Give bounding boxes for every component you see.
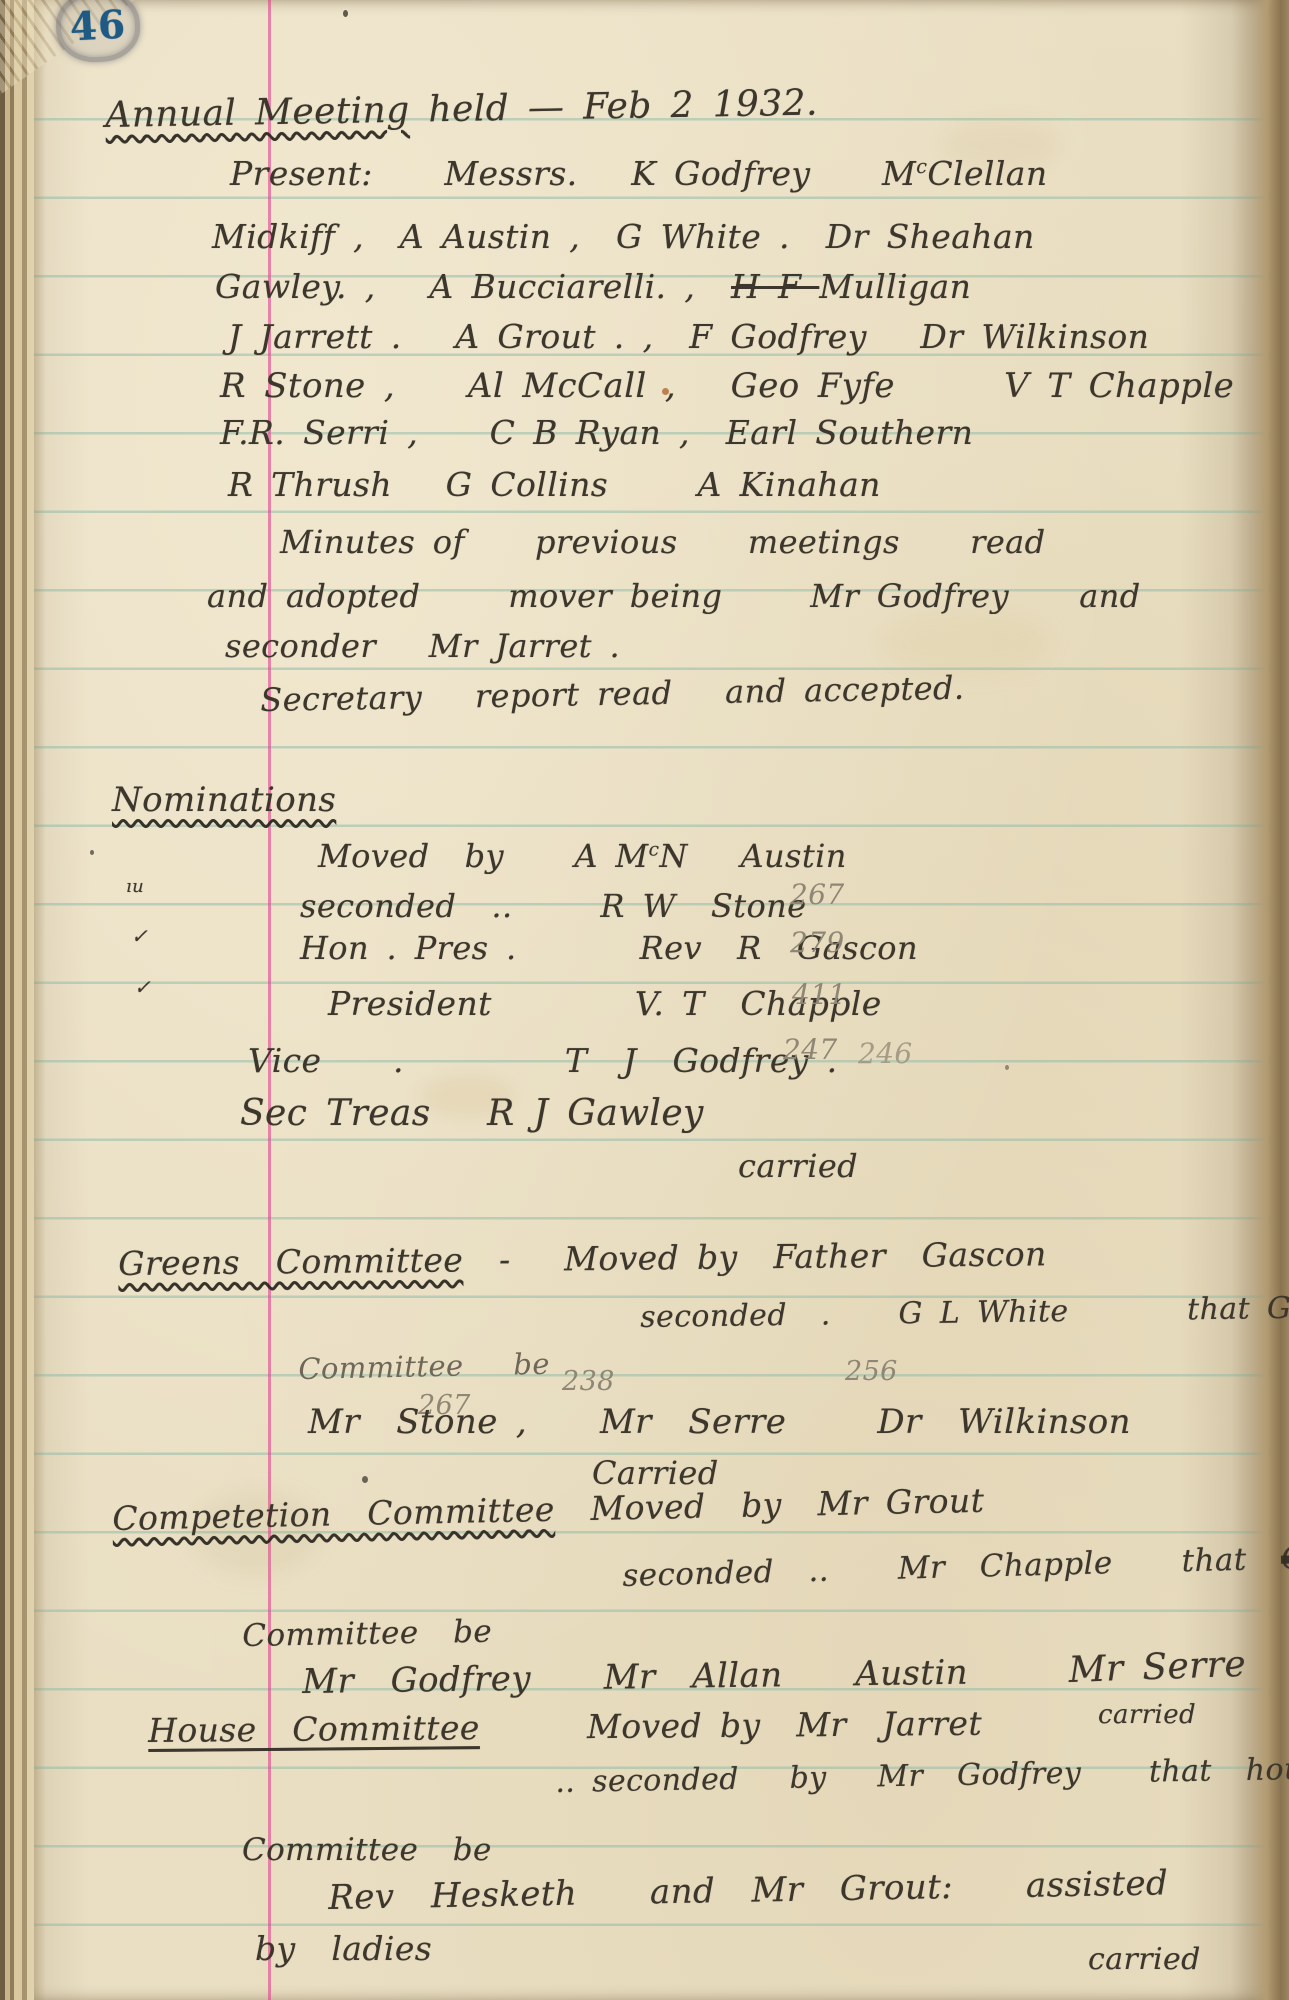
handwriting-line: Vice . T J Godfrey . bbox=[248, 1042, 838, 1081]
handwriting-line: 246 bbox=[858, 1037, 913, 1070]
handwriting-segment: carried bbox=[1098, 1700, 1196, 1730]
handwriting-segment: J Jarrett . A Grout . , F Godfrey Dr Wil… bbox=[228, 317, 1149, 356]
handwriting-segment: Mr Serre bbox=[1068, 1644, 1247, 1691]
handwriting-segment: ✓ bbox=[131, 924, 148, 948]
stain bbox=[362, 1476, 368, 1483]
handwriting-line: Midkiff , A Austin , G White . Dr Sheaha… bbox=[212, 218, 1035, 257]
stain bbox=[880, 610, 1050, 675]
handwriting-segment: Minutes of previous meetings read bbox=[280, 523, 1046, 561]
handwriting-segment: Gawley. , A Bucciarelli. , bbox=[215, 267, 731, 306]
handwriting-segment: Annual Meeting bbox=[105, 90, 410, 136]
handwriting-segment: carried bbox=[1088, 1942, 1201, 1977]
handwriting-line: 411 bbox=[792, 978, 847, 1011]
handwriting-segment: R Stone , Al McCall , Geo Fyfe V T Chapp… bbox=[220, 366, 1234, 406]
handwriting-segment: 256 bbox=[845, 1356, 898, 1387]
handwriting-segment: 279 bbox=[790, 926, 845, 959]
handwriting-segment: Committee be bbox=[298, 1347, 550, 1386]
page-number-stamp: 46 bbox=[54, 0, 142, 64]
handwriting-segment: seconded .. R W Stone bbox=[300, 887, 807, 925]
handwriting-segment: 267 bbox=[790, 878, 845, 911]
stain bbox=[90, 850, 94, 855]
handwriting-segment: .. seconded by Mr Godfrey that house bbox=[555, 1751, 1289, 1800]
handwriting-segment: N Austin bbox=[659, 837, 846, 875]
handwriting-segment: House Committee bbox=[148, 1708, 480, 1750]
handwriting-line: ✓ bbox=[131, 925, 148, 949]
section-heading: House Committee Moved by Mr Jarret bbox=[148, 1705, 982, 1751]
ledger-page: 46 Annual Meeting held — Feb 2 1932.Pres… bbox=[0, 0, 1289, 2000]
handwriting-segment: 246 bbox=[858, 1037, 913, 1070]
handwriting-segment: c bbox=[649, 839, 660, 860]
handwriting-line: ıu bbox=[126, 876, 144, 897]
handwriting-line: 267 bbox=[790, 878, 845, 911]
handwriting-line: 256 bbox=[845, 1356, 898, 1388]
handwriting-line: F.R. Serri , C B Ryan , Earl Southern bbox=[220, 414, 973, 453]
handwriting-segment: 247 bbox=[783, 1033, 838, 1066]
handwriting-segment: seconded .. Mr Chapple that bbox=[622, 1541, 1281, 1594]
section-heading: Greens Committee - Moved by Father Gasco… bbox=[118, 1235, 1047, 1284]
handwriting-line: 247 bbox=[783, 1033, 838, 1066]
handwriting-segment: Sec Treas R J Gawley bbox=[240, 1093, 704, 1134]
handwriting-segment: Committee be bbox=[242, 1614, 492, 1654]
handwriting-segment: Mulligan bbox=[819, 267, 971, 306]
handwriting-segment: Present: Messrs. K Godfrey M bbox=[230, 154, 916, 193]
section-heading: Nominations bbox=[112, 780, 336, 820]
handwriting-line: 279 bbox=[790, 926, 845, 959]
handwriting-line: R Thrush G Collins A Kinahan bbox=[228, 466, 881, 505]
handwriting-line: Committee be bbox=[242, 1614, 492, 1655]
handwriting-line: seconder Mr Jarret . bbox=[225, 628, 620, 666]
handwriting-line: Committee be bbox=[298, 1347, 550, 1386]
handwriting-segment: Midkiff , A Austin , G White . Dr Sheaha… bbox=[212, 217, 1035, 256]
handwriting-line: 238 bbox=[562, 1366, 615, 1398]
stain bbox=[1005, 1065, 1009, 1070]
handwriting-line: Sec Treas R J Gawley bbox=[240, 1093, 704, 1135]
handwriting-line: seconded .. Mr Chapple that Comp bbox=[622, 1538, 1289, 1594]
stain bbox=[343, 10, 348, 17]
handwriting-line: .. seconded by Mr Godfrey that house bbox=[555, 1751, 1289, 1800]
handwriting-line: J Jarrett . A Grout . , F Godfrey Dr Wil… bbox=[228, 318, 1149, 357]
handwriting-line: seconded . G L White that Green's bbox=[640, 1290, 1289, 1336]
handwriting-segment: Moved by Mr Grout bbox=[554, 1481, 984, 1529]
handwriting-segment: ✓ bbox=[134, 975, 151, 999]
handwriting-line: ✓ bbox=[134, 976, 151, 1000]
right-page-gutter bbox=[1231, 0, 1289, 2000]
handwriting-segment: Moved by A M bbox=[318, 837, 649, 875]
handwriting-line: Secretary report read and accepted. bbox=[260, 670, 965, 720]
handwriting-segment: seconder Mr Jarret . bbox=[225, 627, 620, 665]
handwriting-segment: by ladies bbox=[255, 1929, 432, 1968]
handwriting-segment: Mr Godfrey Mr Allan Austin bbox=[302, 1653, 968, 1702]
handwriting-segment: Greens Committee bbox=[118, 1240, 463, 1283]
handwriting-line: by ladies bbox=[255, 1930, 432, 1969]
handwriting-line: Minutes of previous meetings read bbox=[280, 524, 1046, 562]
handwriting-segment: Clellan bbox=[927, 154, 1047, 193]
handwriting-segment: seconded . G L White that Green's bbox=[640, 1290, 1289, 1335]
handwriting-line: Present: Messrs. K Godfrey McClellan bbox=[230, 155, 1048, 194]
handwriting-segment: ıu bbox=[126, 876, 144, 897]
handwriting-segment: H F bbox=[731, 267, 819, 306]
handwriting-segment: R Thrush G Collins A Kinahan bbox=[228, 465, 881, 504]
binding-edge bbox=[0, 0, 46, 2000]
handwriting-line: R Stone , Al McCall , Geo Fyfe V T Chapp… bbox=[220, 366, 1234, 406]
handwriting-line: Mr Serre bbox=[1068, 1644, 1247, 1693]
handwriting-line: Moved by A McN Austin bbox=[318, 838, 847, 876]
handwriting-segment: Competetion Committee bbox=[112, 1490, 555, 1538]
handwriting-segment: Comp bbox=[1281, 1538, 1289, 1576]
handwriting-segment: F.R. Serri , C B Ryan , Earl Southern bbox=[220, 413, 973, 452]
heading-line: Annual Meeting held — Feb 2 1932. bbox=[105, 83, 818, 138]
handwriting-line: carried bbox=[1088, 1942, 1201, 1977]
handwriting-line: seconded .. R W Stone bbox=[300, 888, 807, 926]
handwriting-segment: Secretary report read and accepted. bbox=[260, 669, 965, 719]
handwriting-line: Mr Stone , Mr Serre Dr Wilkinson bbox=[308, 1402, 1131, 1442]
handwriting-line: carried bbox=[1098, 1700, 1196, 1731]
handwriting-line: Mr Godfrey Mr Allan Austin bbox=[302, 1653, 968, 1702]
handwriting-segment: Rev Hesketh and Mr Grout: assisted bbox=[328, 1863, 1168, 1918]
handwriting-segment: and adopted mover being Mr Godfrey and bbox=[207, 577, 1141, 615]
page-number: 46 bbox=[69, 2, 128, 51]
handwriting-segment: Committee be bbox=[242, 1832, 492, 1868]
handwriting-segment: carried bbox=[738, 1147, 858, 1185]
handwriting-segment: 238 bbox=[562, 1366, 615, 1397]
handwriting-line: Committee be bbox=[242, 1832, 492, 1869]
handwriting-line: Rev Hesketh and Mr Grout: assisted bbox=[328, 1863, 1168, 1918]
handwriting-segment: Vice . T J Godfrey . bbox=[248, 1041, 838, 1080]
handwriting-line: Gawley. , A Bucciarelli. , H F Mulligan bbox=[215, 268, 971, 307]
handwriting-segment: held — Feb 2 1932. bbox=[409, 83, 818, 131]
handwriting-segment: Nominations bbox=[112, 780, 336, 820]
handwriting-line: and adopted mover being Mr Godfrey and bbox=[207, 578, 1141, 616]
handwriting-segment: Moved by Mr Jarret bbox=[480, 1704, 983, 1747]
handwriting-segment: c bbox=[916, 155, 927, 178]
handwriting-segment: 411 bbox=[792, 978, 847, 1011]
handwriting-segment: - Moved by Father Gascon bbox=[463, 1234, 1047, 1279]
handwriting-line: carried bbox=[738, 1148, 858, 1186]
handwriting-segment: Mr Stone , Mr Serre Dr Wilkinson bbox=[308, 1402, 1131, 1442]
